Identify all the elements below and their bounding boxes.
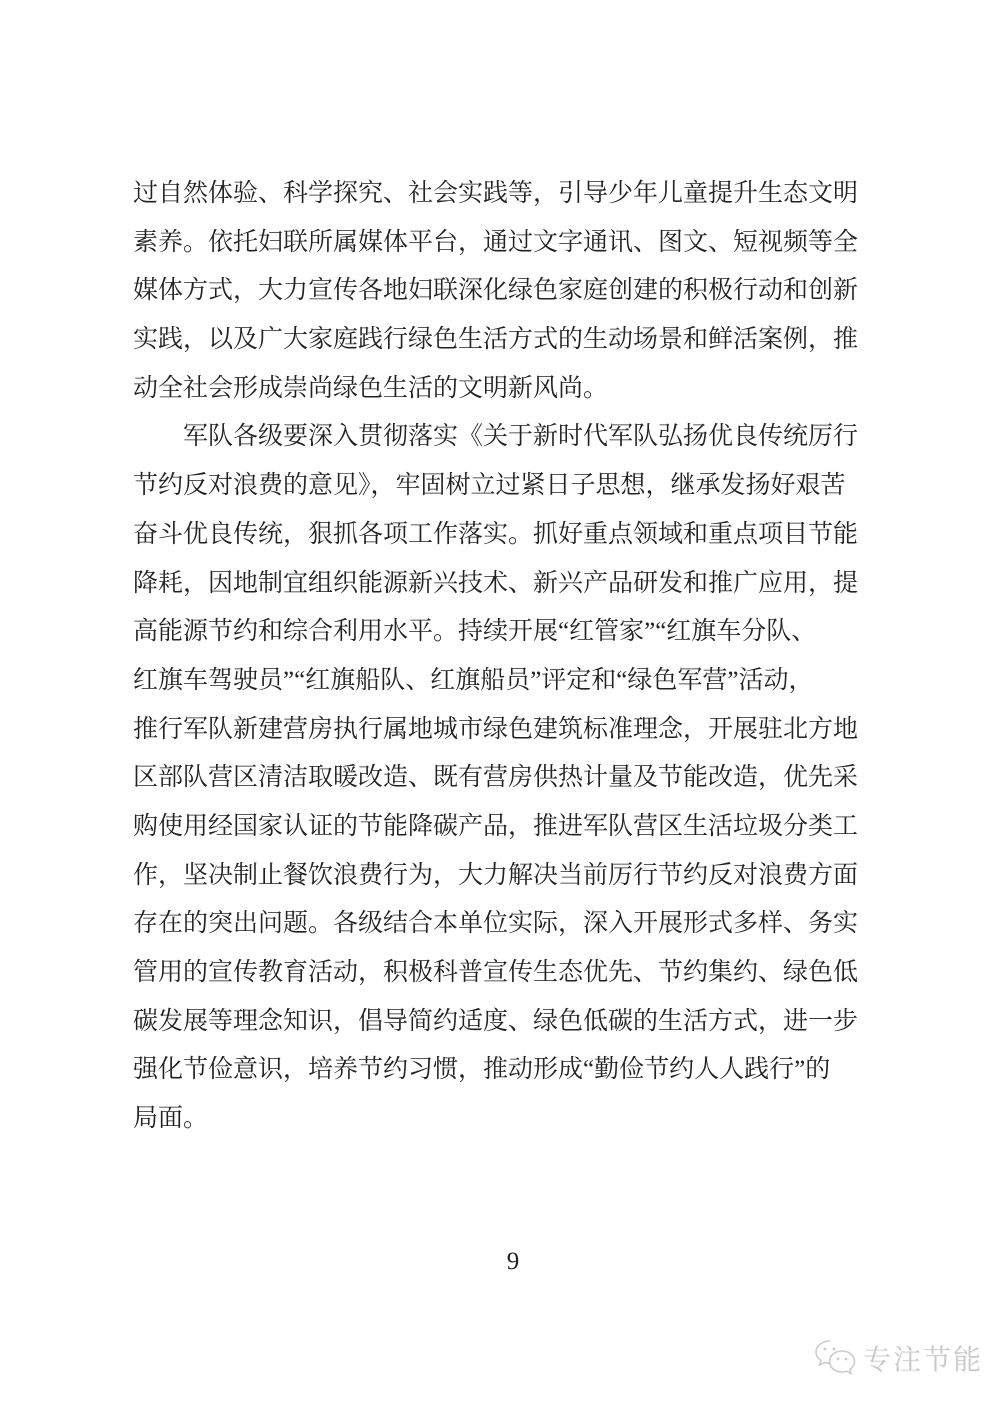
page-number: 9	[133, 1245, 893, 1279]
paragraph-2-line: 军队各级要深入贯彻落实《关于新时代军队弘扬优良传统厉行	[133, 413, 873, 462]
paragraph-1-line: 过自然体验、科学探究、社会实践等，引导少年儿童提升生态文明	[133, 170, 873, 219]
paragraph-2-line: 高能源节约和综合利用水平。持续开展“红管家”“红旗车分队、	[133, 608, 873, 657]
paragraph-1-line: 媒体方式，大力宣传各地妇联深化绿色家庭创建的积极行动和创新	[133, 267, 873, 316]
paragraph-2-line: 推行军队新建营房执行属地城市绿色建筑标准理念，开展驻北方地	[133, 706, 873, 755]
document-body: 过自然体验、科学探究、社会实践等，引导少年儿童提升生态文明 素养。依托妇联所属媒…	[133, 170, 873, 1144]
paragraph-1-line: 动全社会形成崇尚绿色生活的文明新风尚。	[133, 365, 873, 414]
paragraph-2-line: 局面。	[133, 1095, 873, 1144]
paragraph-1: 过自然体验、科学探究、社会实践等，引导少年儿童提升生态文明 素养。依托妇联所属媒…	[133, 170, 873, 413]
paragraph-1-line: 素养。依托妇联所属媒体平台，通过文字通讯、图文、短视频等全	[133, 219, 873, 268]
document-page: 过自然体验、科学探究、社会实践等，引导少年儿童提升生态文明 素养。依托妇联所属媒…	[0, 0, 992, 1403]
paragraph-2-line: 作，坚决制止餐饮浪费行为，大力解决当前厉行节约反对浪费方面	[133, 852, 873, 901]
paragraph-2-line: 节约反对浪费的意见》，牢固树立过紧日子思想，继承发扬好艰苦	[133, 462, 873, 511]
wechat-icon	[814, 1339, 856, 1377]
paragraph-2-line: 区部队营区清洁取暖改造、既有营房供热计量及节能改造，优先采	[133, 754, 873, 803]
paragraph-1-line: 实践，以及广大家庭践行绿色生活方式的生动场景和鲜活案例，推	[133, 316, 873, 365]
paragraph-2-line: 强化节俭意识，培养节约习惯，推动形成“勤俭节约人人践行”的	[133, 1046, 873, 1095]
paragraph-2-line: 购使用经国家认证的节能降碳产品，推进军队营区生活垃圾分类工	[133, 803, 873, 852]
paragraph-2-line: 降耗，因地制宜组织能源新兴技术、新兴产品研发和推广应用，提	[133, 560, 873, 609]
paragraph-2: 军队各级要深入贯彻落实《关于新时代军队弘扬优良传统厉行 节约反对浪费的意见》，牢…	[133, 413, 873, 1143]
paragraph-2-line: 管用的宣传教育活动，积极科普宣传生态优先、节约集约、绿色低	[133, 949, 873, 998]
watermark: 专注节能	[814, 1338, 983, 1378]
watermark-label: 专注节能	[863, 1338, 983, 1378]
paragraph-2-line: 碳发展等理念知识，倡导简约适度、绿色低碳的生活方式，进一步	[133, 998, 873, 1047]
paragraph-2-line: 存在的突出问题。各级结合本单位实际，深入开展形式多样、务实	[133, 900, 873, 949]
paragraph-2-line: 奋斗优良传统，狠抓各项工作落实。抓好重点领域和重点项目节能	[133, 511, 873, 560]
paragraph-2-line: 红旗车驾驶员”“红旗船队、红旗船员”评定和“绿色军营”活动，	[133, 657, 873, 706]
